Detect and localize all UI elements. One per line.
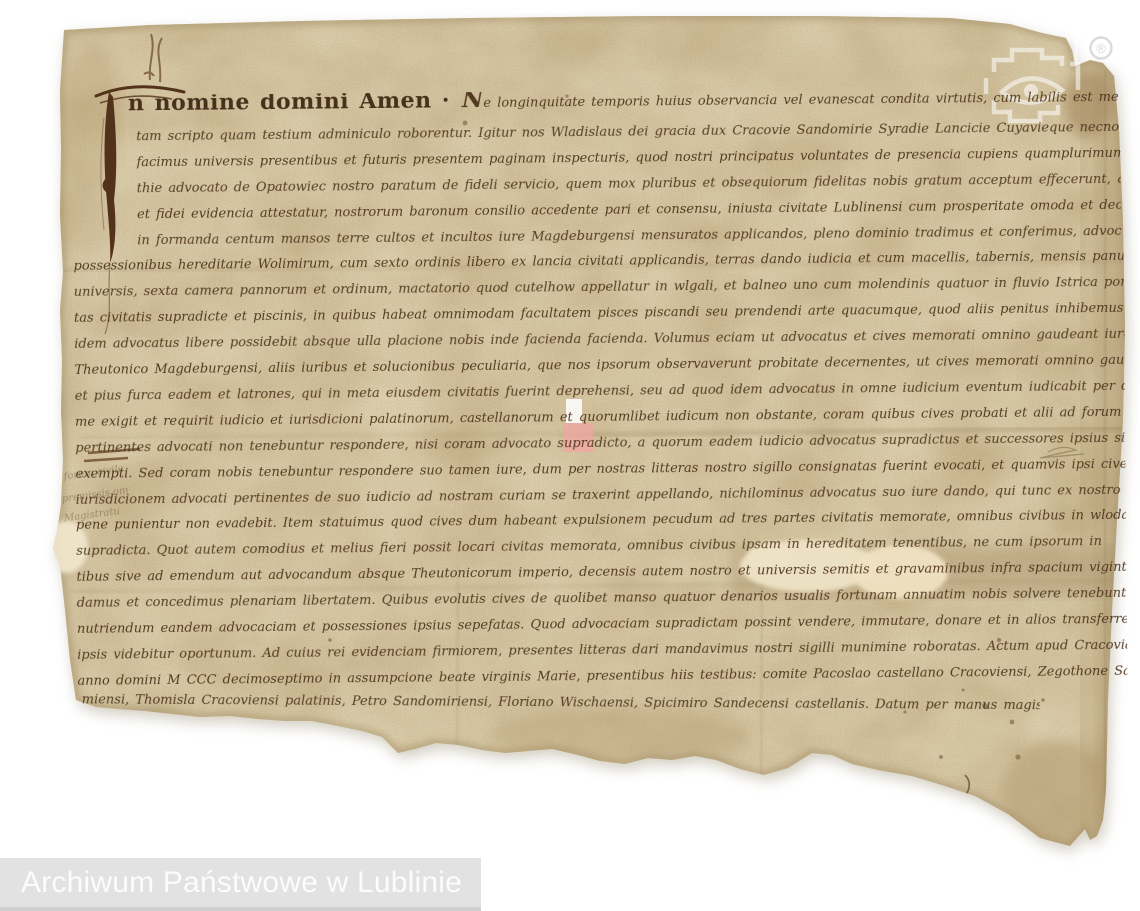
repair-patch [852, 545, 948, 599]
svg-text:®: ® [1096, 41, 1106, 56]
stain [490, 709, 750, 761]
repair-patch [748, 542, 792, 570]
photo-canvas: ® n nomine domini Amen · Ne longinquitat… [0, 0, 1140, 911]
stain [1064, 69, 1112, 137]
stain [1045, 420, 1105, 540]
white-marker [566, 399, 582, 423]
parchment-texture [0, 0, 1140, 911]
parchment-graphic: ® [0, 0, 1140, 911]
repair-patch [44, 521, 88, 573]
caption-bar: Archiwum Państwowe w Lublinie [0, 858, 481, 911]
pink-marker [563, 423, 593, 452]
caption-text: Archiwum Państwowe w Lublinie [0, 866, 462, 900]
registered-mark: ® [1091, 38, 1112, 59]
